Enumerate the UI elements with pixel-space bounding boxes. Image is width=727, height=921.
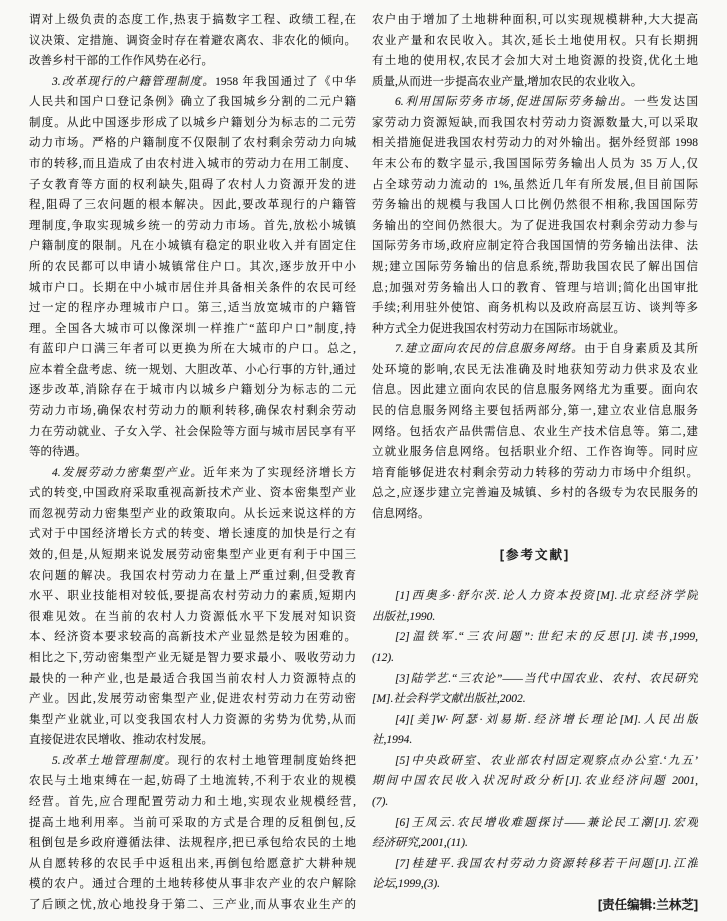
body-text: [6]王凤云.农民增收难题探讨——兼论民工潮[J].宏观	[395, 817, 698, 829]
text-line: 民的信息服务网络主要包括两部分,第一,建立农业信息服务	[372, 401, 698, 422]
text-line: 占全球劳动力流动的 1%,虽然近几年有所发展,但目前国际	[372, 175, 698, 196]
text-line: 理制度,争取实现城乡统一的劳动力市场。首先,放松小城镇	[29, 216, 356, 237]
body-text: [7]桂建平.我国农村劳动力资源转移若干问题[J].江淮	[395, 858, 698, 870]
body-text: 种方式全力促进我国农村劳动力在国际市场就业。	[372, 323, 625, 335]
body-text: 过一定的程序办理城市户口。第三,适当放宽城市的户籍管	[29, 302, 356, 314]
reference-7: [7]桂建平.我国农村劳动力资源转移若干问题[J].江淮	[372, 854, 698, 875]
text-line: 息;加强对劳务输出人口的教育、管理与培训;简化出国审批	[372, 278, 698, 299]
body-text: 程,阻碍了三农问题的根本解决。因此,要改革现行的户籍管	[29, 199, 356, 211]
body-text: 改善乡村干部的工作作风势在必行。	[29, 55, 213, 67]
text-line: 程,阻碍了三农问题的根本解决。因此,要改革现行的户籍管	[29, 195, 356, 216]
body-text: 劳动力市场,确保农村劳动力的顺利转移,确保农村剩余劳动	[29, 405, 356, 417]
body-text: 动力市场。严格的户籍制度不仅限制了农村剩余劳动力向城	[29, 137, 356, 149]
body-text: 农户由于增加了土地耕种面积,可以实现规模耕种,大大提高	[372, 14, 698, 26]
text-line: 相关措施促进我国农村劳动力的对外输出。据外经贸部 1998	[372, 133, 698, 154]
text-line: 过一定的程序办理城市户口。第三,适当放宽城市的户籍管	[29, 298, 356, 319]
body-text: 直接促进农民增收、推动农村发展。	[29, 734, 213, 746]
body-text: [参考文献]	[500, 548, 570, 562]
reference-5: [5]中央政研室、农业部农村固定观察点办公室.‘九五’	[372, 751, 698, 772]
paragraph-heading-line: 6.利用国际劳务市场,促进国际劳务输出。一些发达国	[372, 92, 698, 113]
body-text: 期间中国农民收入状况时政分析[J].农业经济问题 2001,	[372, 775, 698, 787]
reference-1: [1]西奥多·舒尔茨.论人力资本投资[M].北京经济学院	[372, 586, 698, 607]
body-text: [1]西奥多·舒尔茨.论人力资本投资[M].北京经济学院	[395, 590, 698, 602]
body-text: [5]中央政研室、农业部农村固定观察点办公室.‘九五’	[395, 755, 698, 767]
text-line: 人民共和国户口登记条例》确立了我国城乡分割的二元户籍	[29, 92, 356, 113]
body-text: (12).	[372, 652, 394, 664]
text-line: 从自愿转移的农民手中返租出来,再倒包给愿意扩大耕种规	[29, 854, 356, 875]
body-text: [4][美]W·阿瑟·刘易斯.经济增长理论[M].人民出版	[395, 714, 698, 726]
body-text: 式对于中国经济增长方式的转变、增长速度的加快是行之有	[29, 528, 356, 540]
text-line: 有土地的使用权,农民才会加大对土地资源的投资,优化土地	[372, 51, 698, 72]
text-line: 最快的一种产业,也是最适合我国当前农村人力资源特点的	[29, 669, 356, 690]
reference-3-cont: [M].社会科学文献出版社,2002.	[372, 689, 698, 710]
body-text: 最快的一种产业,也是最适合我国当前农村人力资源特点的	[29, 673, 356, 685]
left-column: 谓对上级负责的态度工作,热衷于搞数字工程、政绩工程,在议决策、定措施、调资金时存…	[29, 10, 356, 915]
text-line: 子女教育等方面的权利缺失,阻碍了农村人力资源开发的进	[29, 175, 356, 196]
references-heading: [参考文献]	[372, 545, 698, 566]
body-text: 水平、职业技能相对较低,要提高农村劳动力的素质,短期内	[29, 590, 356, 602]
body-text: 出版社,1990.	[372, 611, 435, 623]
body-text: 社,1994.	[372, 734, 412, 746]
text-line: 效的,但是,从短期来说发展劳动密集型产业更有利于中国三	[29, 545, 356, 566]
reference-4-cont: 社,1994.	[372, 730, 698, 751]
text-line: 式的转变,中国政府采取重视高新技术产业、资本密集型产业	[29, 483, 356, 504]
text-line: 租倒包是乡政府遵循法律、法规程序,把已承包给农民的土地	[29, 833, 356, 854]
text-line: 户籍制度的限制。凡在小城镇有稳定的职业收入并有固定住	[29, 236, 356, 257]
text-line: 议决策、定措施、调资金时存在着避农离农、非农化的倾向。	[29, 31, 356, 52]
text-line: 本、经济资本要求较高的高新技术产业显然是较为困难的。	[29, 627, 356, 648]
reference-1-cont: 出版社,1990.	[372, 607, 698, 628]
reference-6: [6]王凤云.农民增收难题探讨——兼论民工潮[J].宏观	[372, 813, 698, 834]
text-line: 培育能够促进农村剩余劳动力转移的劳动力市场中介组织。	[372, 463, 698, 484]
body-text: 论坛,1999,(3).	[372, 878, 440, 890]
body-text: 农业产量和农民收入。其次,延长土地使用权。只有长期拥	[372, 35, 698, 47]
text-line: 力在劳动就业、子女入学、社会保险等方面与城市居民享有平	[29, 422, 356, 443]
reference-6-cont: 经济研究,2001,(11).	[372, 833, 698, 854]
body-text: 经济研究,2001,(11).	[372, 837, 468, 849]
reference-3: [3]陆学艺.“三农论”——当代中国农业、农村、农民研究	[372, 669, 698, 690]
body-text: 应本着全盘考虑、统一规划、大胆改革、小心行事的方针,通过	[29, 364, 356, 376]
body-text: 相比之下,劳动密集型产业无疑是智力要求最小、吸收劳动力	[29, 652, 356, 664]
text-line: 直接促进农民增收、推动农村发展。	[29, 730, 356, 751]
body-text: 年末公布的数字显示,我国国际劳务输出人员为 35 万人,仅	[372, 158, 698, 170]
body-text: 而忽视劳动力密集型产业的政策取向。从长远来说这样的方	[29, 508, 356, 520]
reference-2: [2]温铁军.“三农问题”:世纪末的反思[J].读书,1999,	[372, 627, 698, 648]
body-text: 制度。从此中国逐步形成了以城乡户籍划分为标志的二元劳	[29, 117, 356, 129]
body-text: 效的,但是,从短期来说发展劳动密集型产业更有利于中国三	[29, 549, 356, 561]
text-line: 市的转移,而且造成了由农村进入城市的劳动力在用工制度、	[29, 154, 356, 175]
reference-5-cont2: (7).	[372, 792, 698, 813]
reference-5-cont: 期间中国农民收入状况时政分析[J].农业经济问题 2001,	[372, 771, 698, 792]
text-line: 质量,从而进一步提高农业产量,增加农民的农业收入。	[372, 72, 698, 93]
text-line: 处环境的影响,农民无法准确及时地获知劳动力供求及农业	[372, 360, 698, 381]
section-heading: 4.发展劳动力密集型产业。	[52, 467, 203, 479]
body-text: 集型产业就业,可以变我国农村人力资源的劣势为优势,从而	[29, 714, 356, 726]
text-line: 经营。首先,应合理配置劳动力和土地,实现农业规模经营,	[29, 792, 356, 813]
text-line: 网络。包括农产品供需信息、农业生产技术信息等。第二,建	[372, 422, 698, 443]
paragraph-heading-line: 5.改革土地管理制度。现行的农村土地管理制度始终把	[29, 751, 356, 772]
text-line: 劳动力市场,确保农村劳动力的顺利转移,确保农村剩余劳动	[29, 401, 356, 422]
text-line: 手续;利用驻外使馆、商务机构以及政府高层互访、谈判等多	[372, 298, 698, 319]
body-text: 息;加强对劳务输出人口的教育、管理与培训;简化出国审批	[372, 282, 698, 294]
body-text: 民的信息服务网络主要包括两部分,第一,建立农业信息服务	[372, 405, 698, 417]
body-text: 子女教育等方面的权利缺失,阻碍了农村人力资源开发的进	[29, 179, 356, 191]
body-text: 等的待遇。	[29, 446, 87, 458]
text-line: 应本着全盘考虑、统一规划、大胆改革、小心行事的方针,通过	[29, 360, 356, 381]
text-line: 信息。因此建立面向农民的信息服务网络尤为重要。面向农	[372, 380, 698, 401]
text-line: 谓对上级负责的态度工作,热衷于搞数字工程、政绩工程,在	[29, 10, 356, 31]
body-text: [责任编辑:兰林芝]	[598, 898, 698, 912]
text-line: 农民与土地束缚在一起,妨碍了土地流转,不利于农业的规模	[29, 771, 356, 792]
text-line: 所的农民都可以申请小城镇常住户口。其次,逐步放开中小	[29, 257, 356, 278]
reference-2-cont: (12).	[372, 648, 698, 669]
section-heading: 6.利用国际劳务市场,促进国际劳务输出。	[395, 96, 634, 108]
body-text: 城市户口。长期在中小城市居住并具备相关条件的农民可经	[29, 282, 356, 294]
text-line: 有蓝印户口满三年者可以更换为所在大城市的户口。总之,	[29, 339, 356, 360]
section-heading: 5.改革土地管理制度。	[52, 755, 178, 767]
text-line: 信息网络。	[372, 504, 698, 525]
body-text: 力在劳动就业、子女入学、社会保险等方面与城市居民享有平	[29, 426, 356, 438]
text-line: 改善乡村干部的工作作风势在必行。	[29, 51, 356, 72]
body-text: 经营。首先,应合理配置劳动力和土地,实现农业规模经营,	[29, 796, 356, 808]
body-text: 市的转移,而且造成了由农村进入城市的劳动力在用工制度、	[29, 158, 356, 170]
text-line: 年末公布的数字显示,我国国际劳务输出人员为 35 万人,仅	[372, 154, 698, 175]
body-text: 议决策、定措施、调资金时存在着避农离农、非农化的倾向。	[29, 35, 356, 47]
text-line: 很难见效。在当前的农村人力资源低水平下发展对知识资	[29, 607, 356, 628]
text-line: 农户由于增加了土地耕种面积,可以实现规模耕种,大大提高	[372, 10, 698, 31]
text-line: 模的农户。通过合理的土地转移使从事非农产业的农户解除	[29, 874, 356, 895]
text-line: 动力市场。严格的户籍制度不仅限制了农村剩余劳动力向城	[29, 133, 356, 154]
section-heading: 3.改革现行的户籍管理制度。	[52, 76, 215, 88]
body-text: 农民与土地束缚在一起,妨碍了土地流转,不利于农业的规模	[29, 775, 356, 787]
body-text: 信息。因此建立面向农民的信息服务网络尤为重要。面向农	[372, 384, 698, 396]
body-text: 租倒包是乡政府遵循法律、法规程序,把已承包给农民的土地	[29, 837, 356, 849]
body-text: [2]温铁军.“三农问题”:世纪末的反思[J].读书,1999,	[395, 631, 698, 643]
body-text: 户籍制度的限制。凡在小城镇有稳定的职业收入并有固定住	[29, 240, 356, 252]
text-line: 式对于中国经济增长方式的转变、增长速度的加快是行之有	[29, 524, 356, 545]
body-text: 立就业服务信息网络。包括职业介绍、工作咨询等。同时应	[372, 446, 698, 458]
body-text: 很难见效。在当前的农村人力资源低水平下发展对知识资	[29, 611, 356, 623]
body-text: 网络。包括农产品供需信息、农业生产技术信息等。第二,建	[372, 426, 698, 438]
reference-7-cont: 论坛,1999,(3).	[372, 874, 698, 895]
text-line: 国际劳务市场,政府应制定符合我国国情的劳务输出法律、法	[372, 236, 698, 257]
body-text: [M].社会科学文献出版社,2002.	[372, 693, 526, 705]
text-line: 农业产量和农民收入。其次,延长土地使用权。只有长期拥	[372, 31, 698, 52]
editor-note: [责任编辑:兰林芝]	[372, 895, 698, 916]
body-text: [3]陆学艺.“三农论”——当代中国农业、农村、农民研究	[395, 673, 698, 685]
paper-page: 谓对上级负责的态度工作,热衷于搞数字工程、政绩工程,在议决策、定措施、调资金时存…	[0, 0, 727, 921]
body-text: 占全球劳动力流动的 1%,虽然近几年有所发展,但目前国际	[372, 179, 698, 191]
body-text: 农问题的解决。我国农村劳动力在量上严重过剩,但受教育	[29, 570, 356, 582]
spacer-line	[372, 566, 698, 587]
body-text: 信息网络。	[372, 508, 430, 520]
text-line: 逐步改革,消除存在于城市内以城乡户籍划分为标志的二元	[29, 380, 356, 401]
body-text: 近年来为了实现经济增长方	[203, 467, 356, 479]
text-line: 务输出的空间仍然很大。为了促进我国农村剩余劳动力参与	[372, 216, 698, 237]
text-line: 提高土地利用率。当前可采取的方式是合理的反租倒包,反	[29, 813, 356, 834]
body-text: 了后顾之忧,放心地投身于第二、三产业,而从事农业生产的	[29, 899, 356, 911]
body-text: 质量,从而进一步提高农业产量,增加农民的农业收入。	[372, 76, 642, 88]
text-line: 相比之下,劳动密集型产业无疑是智力要求最小、吸收劳动力	[29, 648, 356, 669]
body-text: 从自愿转移的农民手中返租出来,再倒包给愿意扩大耕种规	[29, 858, 356, 870]
body-text: 人民共和国户口登记条例》确立了我国城乡分割的二元户籍	[29, 96, 356, 108]
text-line: 而忽视劳动力密集型产业的政策取向。从长远来说这样的方	[29, 504, 356, 525]
body-text: 提高土地利用率。当前可采取的方式是合理的反租倒包,反	[29, 817, 356, 829]
text-line: 总之,应逐步建立完善遍及城镇、乡村的各级专为农民服务的	[372, 483, 698, 504]
text-line: 水平、职业技能相对较低,要提高农村劳动力的素质,短期内	[29, 586, 356, 607]
reference-4: [4][美]W·阿瑟·刘易斯.经济增长理论[M].人民出版	[372, 710, 698, 731]
body-text: 有土地的使用权,农民才会加大对土地资源的投资,优化土地	[372, 55, 698, 67]
text-line: 产业。因此,发展劳动密集型产业,促进农村劳动力在劳动密	[29, 689, 356, 710]
text-line: 农问题的解决。我国农村劳动力在量上严重过剩,但受教育	[29, 566, 356, 587]
body-text: 理制度,争取实现城乡统一的劳动力市场。首先,放松小城镇	[29, 220, 356, 232]
paragraph-heading-line: 4.发展劳动力密集型产业。近年来为了实现经济增长方	[29, 463, 356, 484]
body-text: 规;建立国际劳务输出的信息系统,帮助我国农民了解出国信	[372, 261, 698, 273]
body-text: (7).	[372, 796, 388, 808]
body-text: 由于自身素质及其所	[584, 343, 698, 355]
body-text: 逐步改革,消除存在于城市内以城乡户籍划分为标志的二元	[29, 384, 356, 396]
body-text: 谓对上级负责的态度工作,热衷于搞数字工程、政绩工程,在	[29, 14, 356, 26]
body-text: 式的转变,中国政府采取重视高新技术产业、资本密集型产业	[29, 487, 356, 499]
text-line: 家劳动力资源短缺,而我国农村劳动力资源数量大,可以采取	[372, 113, 698, 134]
text-line: 城市户口。长期在中小城市居住并具备相关条件的农民可经	[29, 278, 356, 299]
text-line: 立就业服务信息网络。包括职业介绍、工作咨询等。同时应	[372, 442, 698, 463]
body-text: 国际劳务市场,政府应制定符合我国国情的劳务输出法律、法	[372, 240, 698, 252]
text-line: 制度。从此中国逐步形成了以城乡户籍划分为标志的二元劳	[29, 113, 356, 134]
body-text: 一些发达国	[634, 96, 698, 108]
text-line: 等的待遇。	[29, 442, 356, 463]
text-line: 规;建立国际劳务输出的信息系统,帮助我国农民了解出国信	[372, 257, 698, 278]
body-text: 务输出的空间仍然很大。为了促进我国农村剩余劳动力参与	[372, 220, 698, 232]
body-text: 劳务输出的规模与我国人口比例仍然很不相称,我国国际劳	[372, 199, 698, 211]
body-text: 培育能够促进农村剩余劳动力转移的劳动力市场中介组织。	[372, 467, 698, 479]
body-text: 产业。因此,发展劳动密集型产业,促进农村劳动力在劳动密	[29, 693, 356, 705]
text-line: 理。全国各大城市可以像深圳一样推广“蓝印户口”制度,持	[29, 319, 356, 340]
body-text: 总之,应逐步建立完善遍及城镇、乡村的各级专为农民服务的	[372, 487, 698, 499]
body-text: 所的农民都可以申请小城镇常住户口。其次,逐步放开中小	[29, 261, 356, 273]
text-line: 劳务输出的规模与我国人口比例仍然很不相称,我国国际劳	[372, 195, 698, 216]
body-text: 有蓝印户口满三年者可以更换为所在大城市的户口。总之,	[29, 343, 356, 355]
spacer-line	[372, 524, 698, 545]
body-text: 1958 年我国通过了《中华	[215, 76, 356, 88]
body-text: 处环境的影响,农民无法准确及时地获知劳动力供求及农业	[372, 364, 698, 376]
body-text: 模的农户。通过合理的土地转移使从事非农产业的农户解除	[29, 878, 356, 890]
text-line: 集型产业就业,可以变我国农村人力资源的劣势为优势,从而	[29, 710, 356, 731]
right-column: 农户由于增加了土地耕种面积,可以实现规模耕种,大大提高农业产量和农民收入。其次,…	[372, 10, 698, 915]
body-text: 相关措施促进我国农村劳动力的对外输出。据外经贸部 1998	[372, 137, 698, 149]
paragraph-heading-line: 7.建立面向农民的信息服务网络。由于自身素质及其所	[372, 339, 698, 360]
body-text: 现行的农村土地管理制度始终把	[178, 755, 356, 767]
body-text: 家劳动力资源短缺,而我国农村劳动力资源数量大,可以采取	[372, 117, 698, 129]
text-line: 了后顾之忧,放心地投身于第二、三产业,而从事农业生产的	[29, 895, 356, 916]
body-text: 本、经济资本要求较高的高新技术产业显然是较为困难的。	[29, 631, 356, 643]
paragraph-heading-line: 3.改革现行的户籍管理制度。1958 年我国通过了《中华	[29, 72, 356, 93]
body-text: 手续;利用驻外使馆、商务机构以及政府高层互访、谈判等多	[372, 302, 698, 314]
body-text: 理。全国各大城市可以像深圳一样推广“蓝印户口”制度,持	[29, 323, 356, 335]
section-heading: 7.建立面向农民的信息服务网络。	[395, 343, 584, 355]
text-line: 种方式全力促进我国农村劳动力在国际市场就业。	[372, 319, 698, 340]
